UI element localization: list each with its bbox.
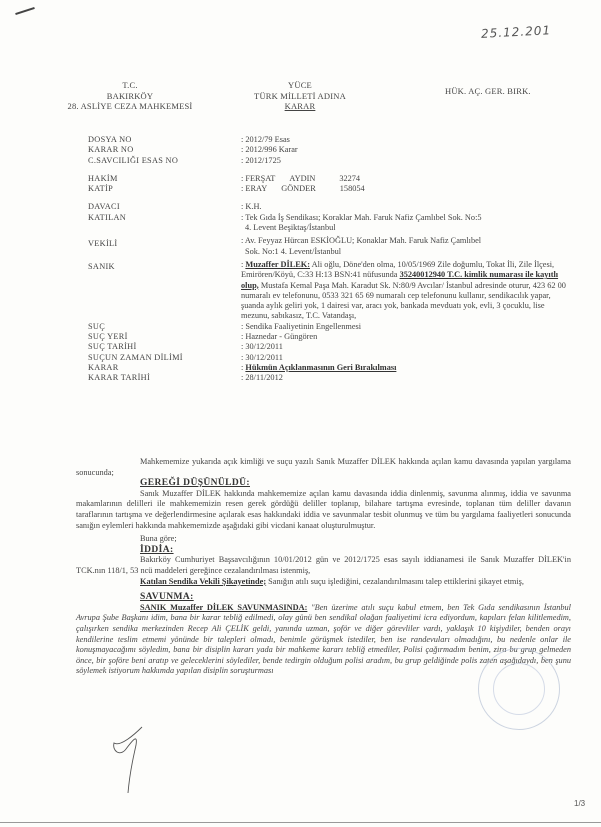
field-karar: KARAR : Hükmün Açıklanmasının Geri Bırak… — [88, 363, 568, 373]
page-number: 1/3 — [574, 799, 585, 808]
decision-body: Mahkememize yukarıda açık kimliği ve suç… — [76, 457, 571, 677]
section-heading-iddia: İDDİA: — [76, 545, 571, 556]
court-header: T.C. BAKIRKÖY 28. ASLİYE CEZA MAHKEMESİ — [55, 80, 205, 112]
iddia-paragraph: Bakırköy Cumhuriyet Başsavcılığının 10/0… — [76, 555, 571, 576]
field-katilan: KATILAN : Tek Gıda İş Sendikası; Korakla… — [88, 213, 568, 234]
field-sanik: SANIK : Muzaffer DİLEK: Ali oğlu, Döne'd… — [88, 260, 568, 322]
decision-header: YÜCE TÜRK MİLLETİ ADINA KARAR — [240, 80, 360, 112]
field-hakim: HAKİM : FERŞATAYDIN32274 — [88, 174, 568, 184]
field-suc-yeri: SUÇ YERİ : Haznedar - Güngören — [88, 332, 568, 342]
document-title: KARAR — [240, 101, 360, 112]
decision-type-code: HÜK. AÇ. GER. BIRK. — [445, 86, 555, 97]
field-zaman-dilimi: SUÇUN ZAMAN DİLİMİ : 30/12/2011 — [88, 353, 568, 363]
field-dosya-no: DOSYA NO : 2012/79 Esas — [88, 135, 568, 145]
field-suc: SUÇ : Sendika Faaliyetinin Engellenmesi — [88, 322, 568, 332]
verdict: Hükmün Açıklanmasının Geri Bırakılması — [245, 363, 396, 372]
sikayet-paragraph: Katılan Sendika Vekili Şikayetinde; Sanı… — [76, 577, 571, 588]
field-davaci: DAVACI : K.H. — [88, 202, 568, 212]
geregi-paragraph: Sanık Muzaffer DİLEK hakkında mahkememiz… — [76, 489, 571, 531]
field-karar-tarihi: KARAR TARİHİ : 28/11/2012 — [88, 373, 568, 383]
section-heading-geregi: GEREĞİ DÜŞÜNÜLDÜ: — [76, 478, 571, 489]
field-vekili: VEKİLİ : Av. Feyyaz Hürcan ESKİOĞLU; Kon… — [88, 236, 568, 257]
handwritten-date: 25.12.201 — [481, 23, 552, 41]
buna-gore: Buna göre; — [76, 534, 571, 545]
field-suc-tarihi: SUÇ TARİHİ : 30/12/2011 — [88, 342, 568, 352]
court-stamp — [478, 648, 560, 730]
pen-mark — [15, 7, 35, 15]
intro-paragraph: Mahkememize yukarıda açık kimliği ve suç… — [76, 457, 571, 478]
section-heading-savunma: SAVUNMA: — [76, 592, 571, 603]
field-karar-no: KARAR NO : 2012/996 Karar — [88, 145, 568, 155]
field-katip: KATİP : ERAYGÖNDER158054 — [88, 184, 568, 194]
signature-icon — [112, 725, 172, 795]
page-edge — [0, 822, 601, 823]
case-info-fields: DOSYA NO : 2012/79 Esas KARAR NO : 2012/… — [88, 135, 568, 384]
document-page: 25.12.201 T.C. BAKIRKÖY 28. ASLİYE CEZA … — [0, 0, 601, 827]
field-savcilik-esas-no: C.SAVCILIĞI ESAS NO : 2012/1725 — [88, 156, 568, 166]
defendant-name: Muzaffer DİLEK: — [245, 260, 310, 269]
